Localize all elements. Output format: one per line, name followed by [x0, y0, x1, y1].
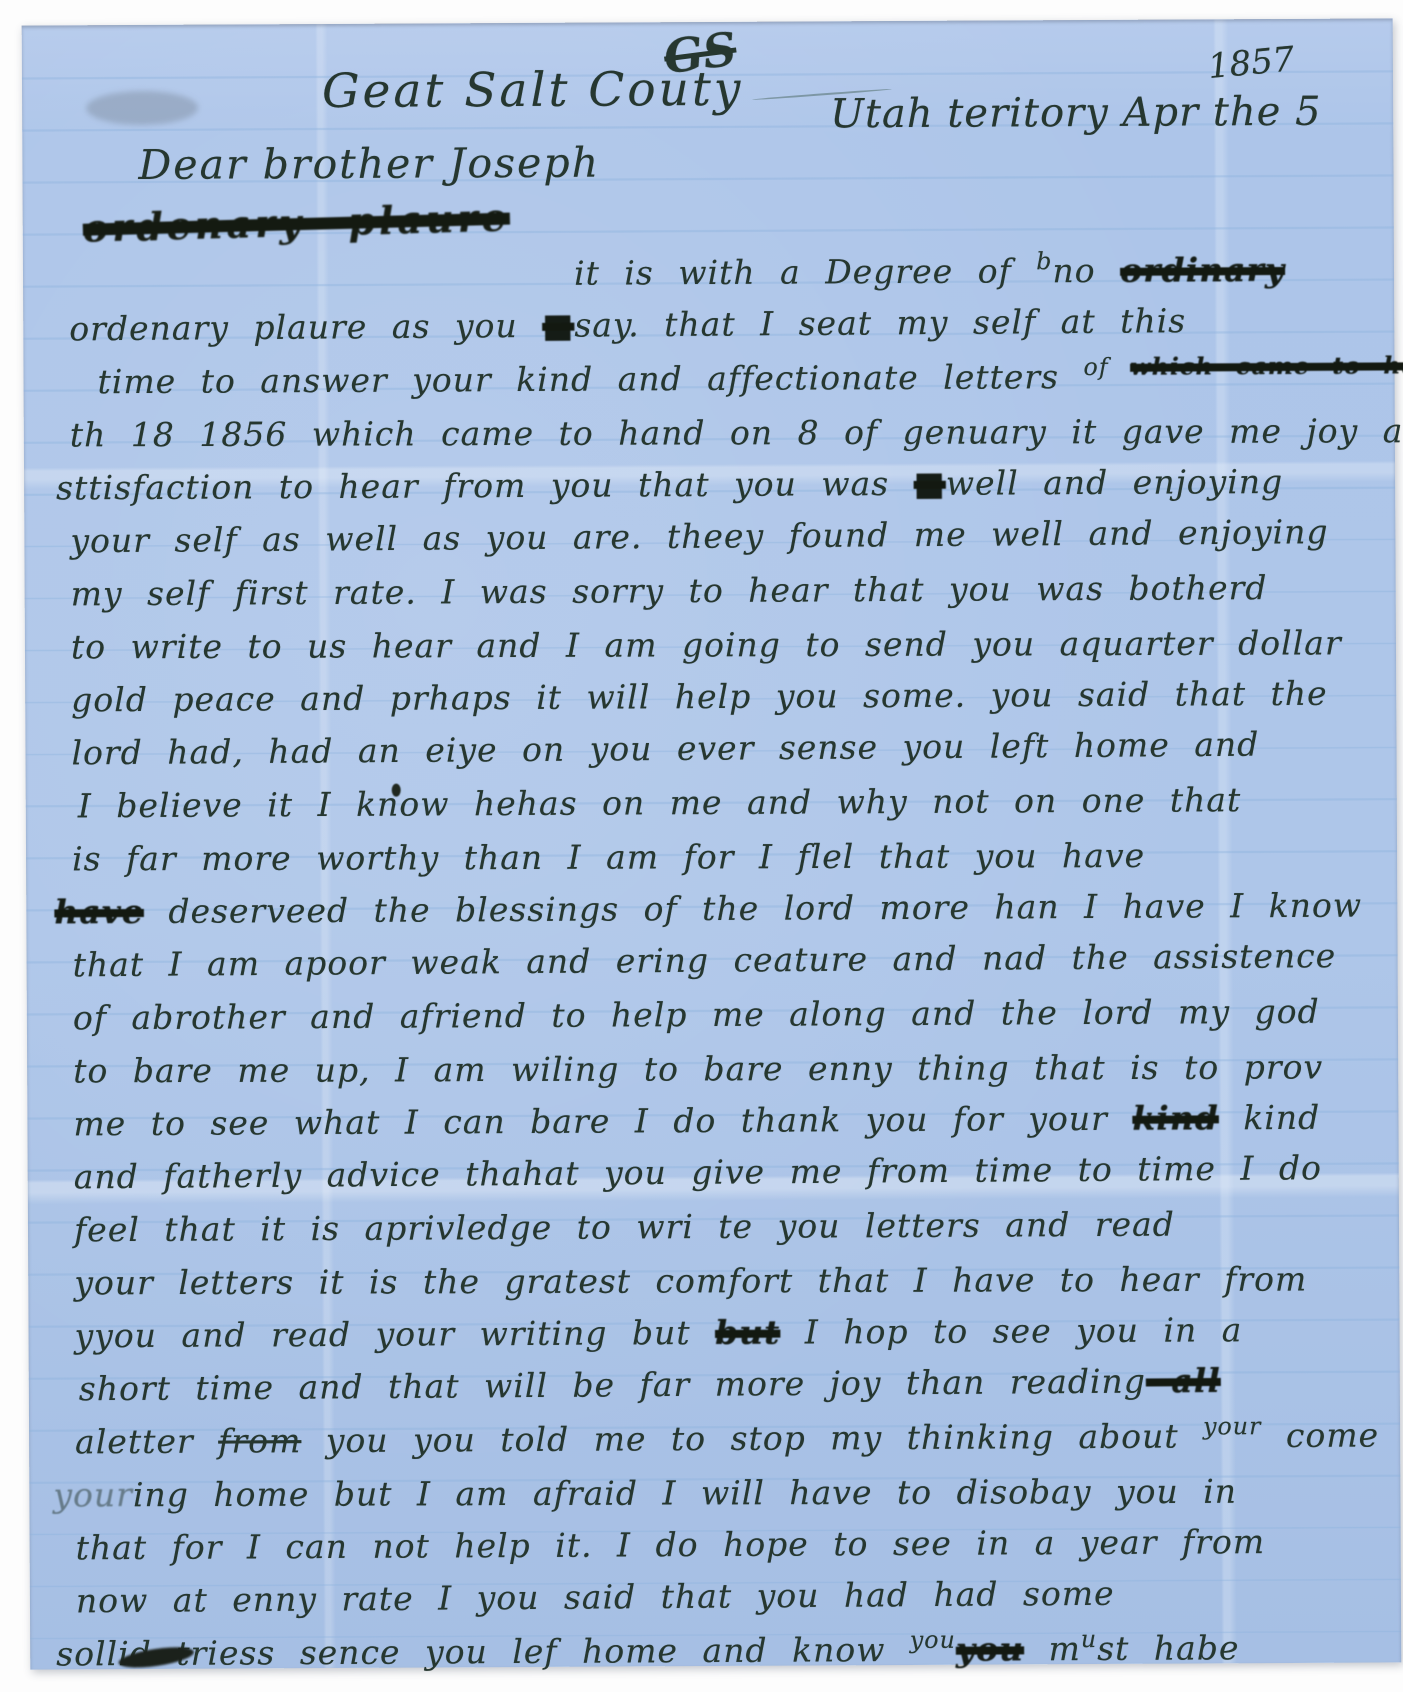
line-text: that for I can not help it. I do hope to… [76, 1522, 1266, 1567]
letter-line: now at enny rate I you said that you had… [76, 1565, 1379, 1628]
line-text: say. that I seat my self at this [574, 301, 1186, 344]
struck-text: kind [1132, 1098, 1219, 1137]
letter-line: I believe it I know hehas on me and why … [72, 773, 1375, 833]
line-text: my self first rate. I was sorry to hear … [71, 568, 1268, 613]
line-text: ing home but I am afraid I will have to … [133, 1472, 1237, 1514]
struck-text: which came to hand [1130, 351, 1403, 381]
struck-text: all [1146, 1361, 1221, 1401]
place-line: Geat Salt Couty [322, 62, 744, 119]
line-text: ordenary plaure as you [69, 306, 542, 348]
inserted-text: u [1081, 1625, 1097, 1653]
letter-line: my self first rate. I was sorry to hear … [71, 561, 1374, 621]
pencil-smudge [86, 91, 198, 126]
letter-line: to bare me up, I am wiling to bare enny … [73, 1040, 1376, 1097]
line-text: you you told me to stop my thinking abou… [301, 1416, 1203, 1460]
letter-line: of abrother and afriend to help me along… [73, 985, 1376, 1045]
line-text: to bare me up, I am wiling to bare enny … [73, 1047, 1323, 1090]
struck-text: ■ [542, 306, 574, 345]
line-text: aletter [75, 1422, 218, 1462]
letter-line: feel that it is aprivledge to wri te you… [74, 1197, 1377, 1257]
line-text: your letters it is the gratest comfort t… [74, 1259, 1307, 1302]
line-text: short time and that will be far more joy… [79, 1361, 1146, 1408]
line-text: yyou and read your writing but [74, 1313, 715, 1355]
inserted-text: of [1083, 353, 1130, 381]
letter-line: your self as well as you are. theey foun… [70, 505, 1373, 568]
letter-body: it is with a Degree of bno ordinaryorden… [69, 243, 1379, 1681]
date-year: 1857 [1206, 39, 1296, 87]
line-text: m [1024, 1629, 1081, 1668]
letter-line: to write to us hear and I am going to se… [71, 616, 1374, 673]
line-text: lord had, had an eiye on you ever sense … [71, 725, 1259, 773]
line-text: no [1052, 251, 1120, 290]
line-text: well and enjoying [946, 462, 1284, 503]
line-text: that I am apoor weak and ering ceature a… [72, 936, 1336, 984]
line-text: st habe [1097, 1628, 1239, 1668]
line-text: now at enny rate I you said that you had… [76, 1574, 1115, 1621]
line-text: sttisfaction to hear from you that you w… [56, 464, 914, 507]
letter-line: aletter from you you told me to stop my … [75, 1409, 1378, 1469]
line-text: it is with a Degree of [574, 251, 1036, 292]
letter-line: ordenary plaure as you ■say. that I seat… [69, 293, 1372, 356]
inserted-text: b [1036, 247, 1052, 275]
line-text: me to see what I can bare I do thank you… [73, 1099, 1132, 1144]
letter-paper: GS 1857 Geat Salt Couty Utah teritory Ap… [22, 18, 1402, 1669]
struck-text: but [715, 1313, 781, 1352]
crossed-out-line: ordenary plaure [82, 195, 510, 251]
territory-date-line: Utah teritory Apr the 5 [830, 89, 1322, 138]
letter-line: short time and that will be far more joy… [75, 1353, 1378, 1416]
line-text: gold peace and prhaps it will help you s… [71, 674, 1328, 720]
line-text: feel that it is aprivledge to wri te you… [74, 1205, 1175, 1250]
ink-blot [392, 784, 401, 797]
salutation: Dear brother Joseph [138, 139, 600, 189]
letter-line: lord had, had an eiye on you ever sense … [71, 717, 1374, 780]
line-text: come [1261, 1416, 1379, 1456]
scanned-letter-page: GS 1857 Geat Salt Couty Utah teritory Ap… [0, 0, 1403, 1692]
line-text: deserveed the blessings of the lord more… [144, 886, 1362, 931]
line-text: your self as well as you are. theey foun… [70, 512, 1328, 560]
line-text: and fatherly advice thahat you give me f… [74, 1148, 1322, 1196]
line-text: time to answer your kind and affectionat… [97, 357, 1083, 401]
struck-text: you [956, 1629, 1024, 1668]
struck-text: from [218, 1421, 301, 1460]
letter-line: your letters it is the gratest comfort t… [74, 1252, 1377, 1309]
line-text: kind [1219, 1098, 1321, 1138]
letter-line: th 18 1856 which came to hand on 8 of ge… [70, 404, 1373, 461]
letter-line: youring home but I am afraid I will have… [53, 1464, 1378, 1521]
line-text: your [53, 1475, 133, 1514]
struck-text: ordinary [1120, 250, 1285, 290]
line-text: to write to us hear and I am going to se… [71, 623, 1342, 666]
letter-line: and fatherly advice thahat you give me f… [74, 1141, 1377, 1204]
letter-line: is far more worthy than I am for I flel … [72, 828, 1375, 885]
struck-text: have [54, 892, 144, 931]
line-text: of abrother and afriend to help me along… [73, 992, 1320, 1038]
inserted-text: you [910, 1626, 956, 1654]
letter-line: time to answer your kind and affectionat… [69, 349, 1372, 409]
struck-text: ■ [914, 464, 946, 503]
letter-line: that I am apoor weak and ering ceature a… [72, 929, 1375, 992]
inserted-text: your [1203, 1412, 1262, 1440]
letter-line: sollid triess sence you lef home and kno… [56, 1621, 1379, 1681]
line-text: I believe it I know hehas on me and why … [78, 780, 1242, 825]
line-text: I hop to see you in a [780, 1310, 1242, 1351]
line-text: th 18 1856 which came to hand on 8 of ge… [70, 411, 1403, 454]
line-text: is far more worthy than I am for I flel … [72, 836, 1145, 878]
